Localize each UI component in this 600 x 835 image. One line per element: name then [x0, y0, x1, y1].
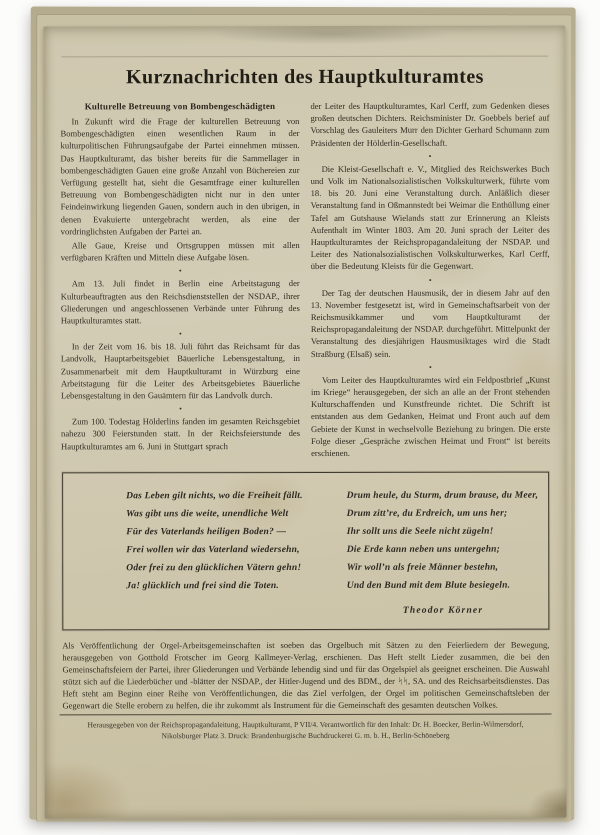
section-separator: •: [311, 151, 550, 160]
poem-column-left: Das Leben gilt nichts, wo die Freiheit f…: [69, 487, 322, 620]
poem-line: Und den Bund mit dem Blute besiegeln.: [347, 577, 543, 595]
paragraph: der Leiter des Hauptkulturamtes, Karl Ce…: [310, 100, 549, 149]
poem-line: Was gibt uns die weite, unendliche Welt: [126, 505, 322, 523]
right-column: der Leiter des Hauptkulturamtes, Karl Ce…: [310, 100, 550, 462]
poem-line: Ja! glücklich und frei sind die Toten.: [126, 577, 322, 595]
poem-columns: Das Leben gilt nichts, wo die Freiheit f…: [69, 487, 542, 621]
poem-attribution: Theodor Körner: [403, 602, 543, 620]
imprint-line-1: Herausgegeben von der Reichspropagandale…: [60, 720, 552, 731]
paragraph: Zum 100. Todestag Hölderlins fanden im g…: [61, 415, 300, 452]
paragraph: Vom Leiter des Hauptkulturamtes wird ein…: [311, 373, 550, 459]
poem-line: Frei wollen wir das Vaterland wiedersehn…: [126, 541, 322, 559]
poem-line: Die Erde kann neben uns untergehn;: [347, 541, 543, 559]
section-separator: •: [311, 362, 550, 371]
imprint-footer: Herausgegeben von der Reichspropagandale…: [60, 714, 552, 742]
header-rule: [61, 56, 548, 58]
poem-line: Oder frei zu den glücklichen Vätern gehn…: [126, 559, 322, 577]
poem-line: Für des Vaterlands heiligen Boden? —: [126, 523, 322, 541]
paragraph: Am 13. Juli findet in Berlin eine Arbeit…: [61, 277, 300, 326]
paragraph: Die Kleist-Gesellschaft e. V., Mitglied …: [311, 162, 550, 272]
section-heading: Kulturelle Betreuung von Bombengeschädig…: [60, 101, 299, 111]
section-separator: •: [311, 275, 550, 284]
poem-box: Das Leben gilt nichts, wo die Freiheit f…: [62, 472, 549, 631]
left-column: Kulturelle Betreuung von Bombengeschädig…: [60, 100, 300, 462]
poem-line: Drum heule, du Sturm, drum brause, du Me…: [347, 487, 543, 505]
poem-line: Das Leben gilt nichts, wo die Freiheit f…: [126, 487, 322, 505]
poem-line: Wir woll’n als freie Männer bestehn,: [347, 559, 543, 577]
section-separator: •: [61, 266, 300, 275]
paper-stack: Kurznachrichten des Hauptkulturamtes Kul…: [0, 0, 600, 835]
section-separator: •: [61, 329, 300, 338]
paragraph: In der Zeit vom 16. bis 18. Juli führt d…: [61, 340, 300, 401]
body-columns: Kulturelle Betreuung von Bombengeschädig…: [60, 100, 550, 462]
footer-rule: [60, 714, 552, 716]
poem-line: Ihr sollt uns die Seele nicht zügeln!: [347, 523, 543, 541]
document-photo: Kurznachrichten des Hauptkulturamtes Kul…: [0, 0, 600, 835]
paragraph: Der Tag der deutschen Hausmusik, der in …: [311, 286, 550, 360]
paragraph: Alle Gaue, Kreise und Ortsgruppen müssen…: [61, 239, 300, 264]
poem-column-right: Drum heule, du Sturm, drum brause, du Me…: [322, 487, 543, 620]
page-title: Kurznachrichten des Hauptkulturamtes: [60, 66, 549, 90]
orgelbuch-paragraph: Als Veröffentlichung der Orgel-Arbeitsge…: [62, 639, 549, 712]
paper-page: Kurznachrichten des Hauptkulturamtes Kul…: [43, 26, 566, 819]
section-separator: •: [61, 404, 300, 413]
poem-line: Drum zitt’re, du Erdreich, um uns her;: [347, 505, 543, 523]
imprint-line-2: Nikolsburger Platz 3. Druck: Brandenburg…: [60, 730, 552, 741]
paragraph: In Zukunft wird die Frage der kulturelle…: [60, 115, 299, 237]
